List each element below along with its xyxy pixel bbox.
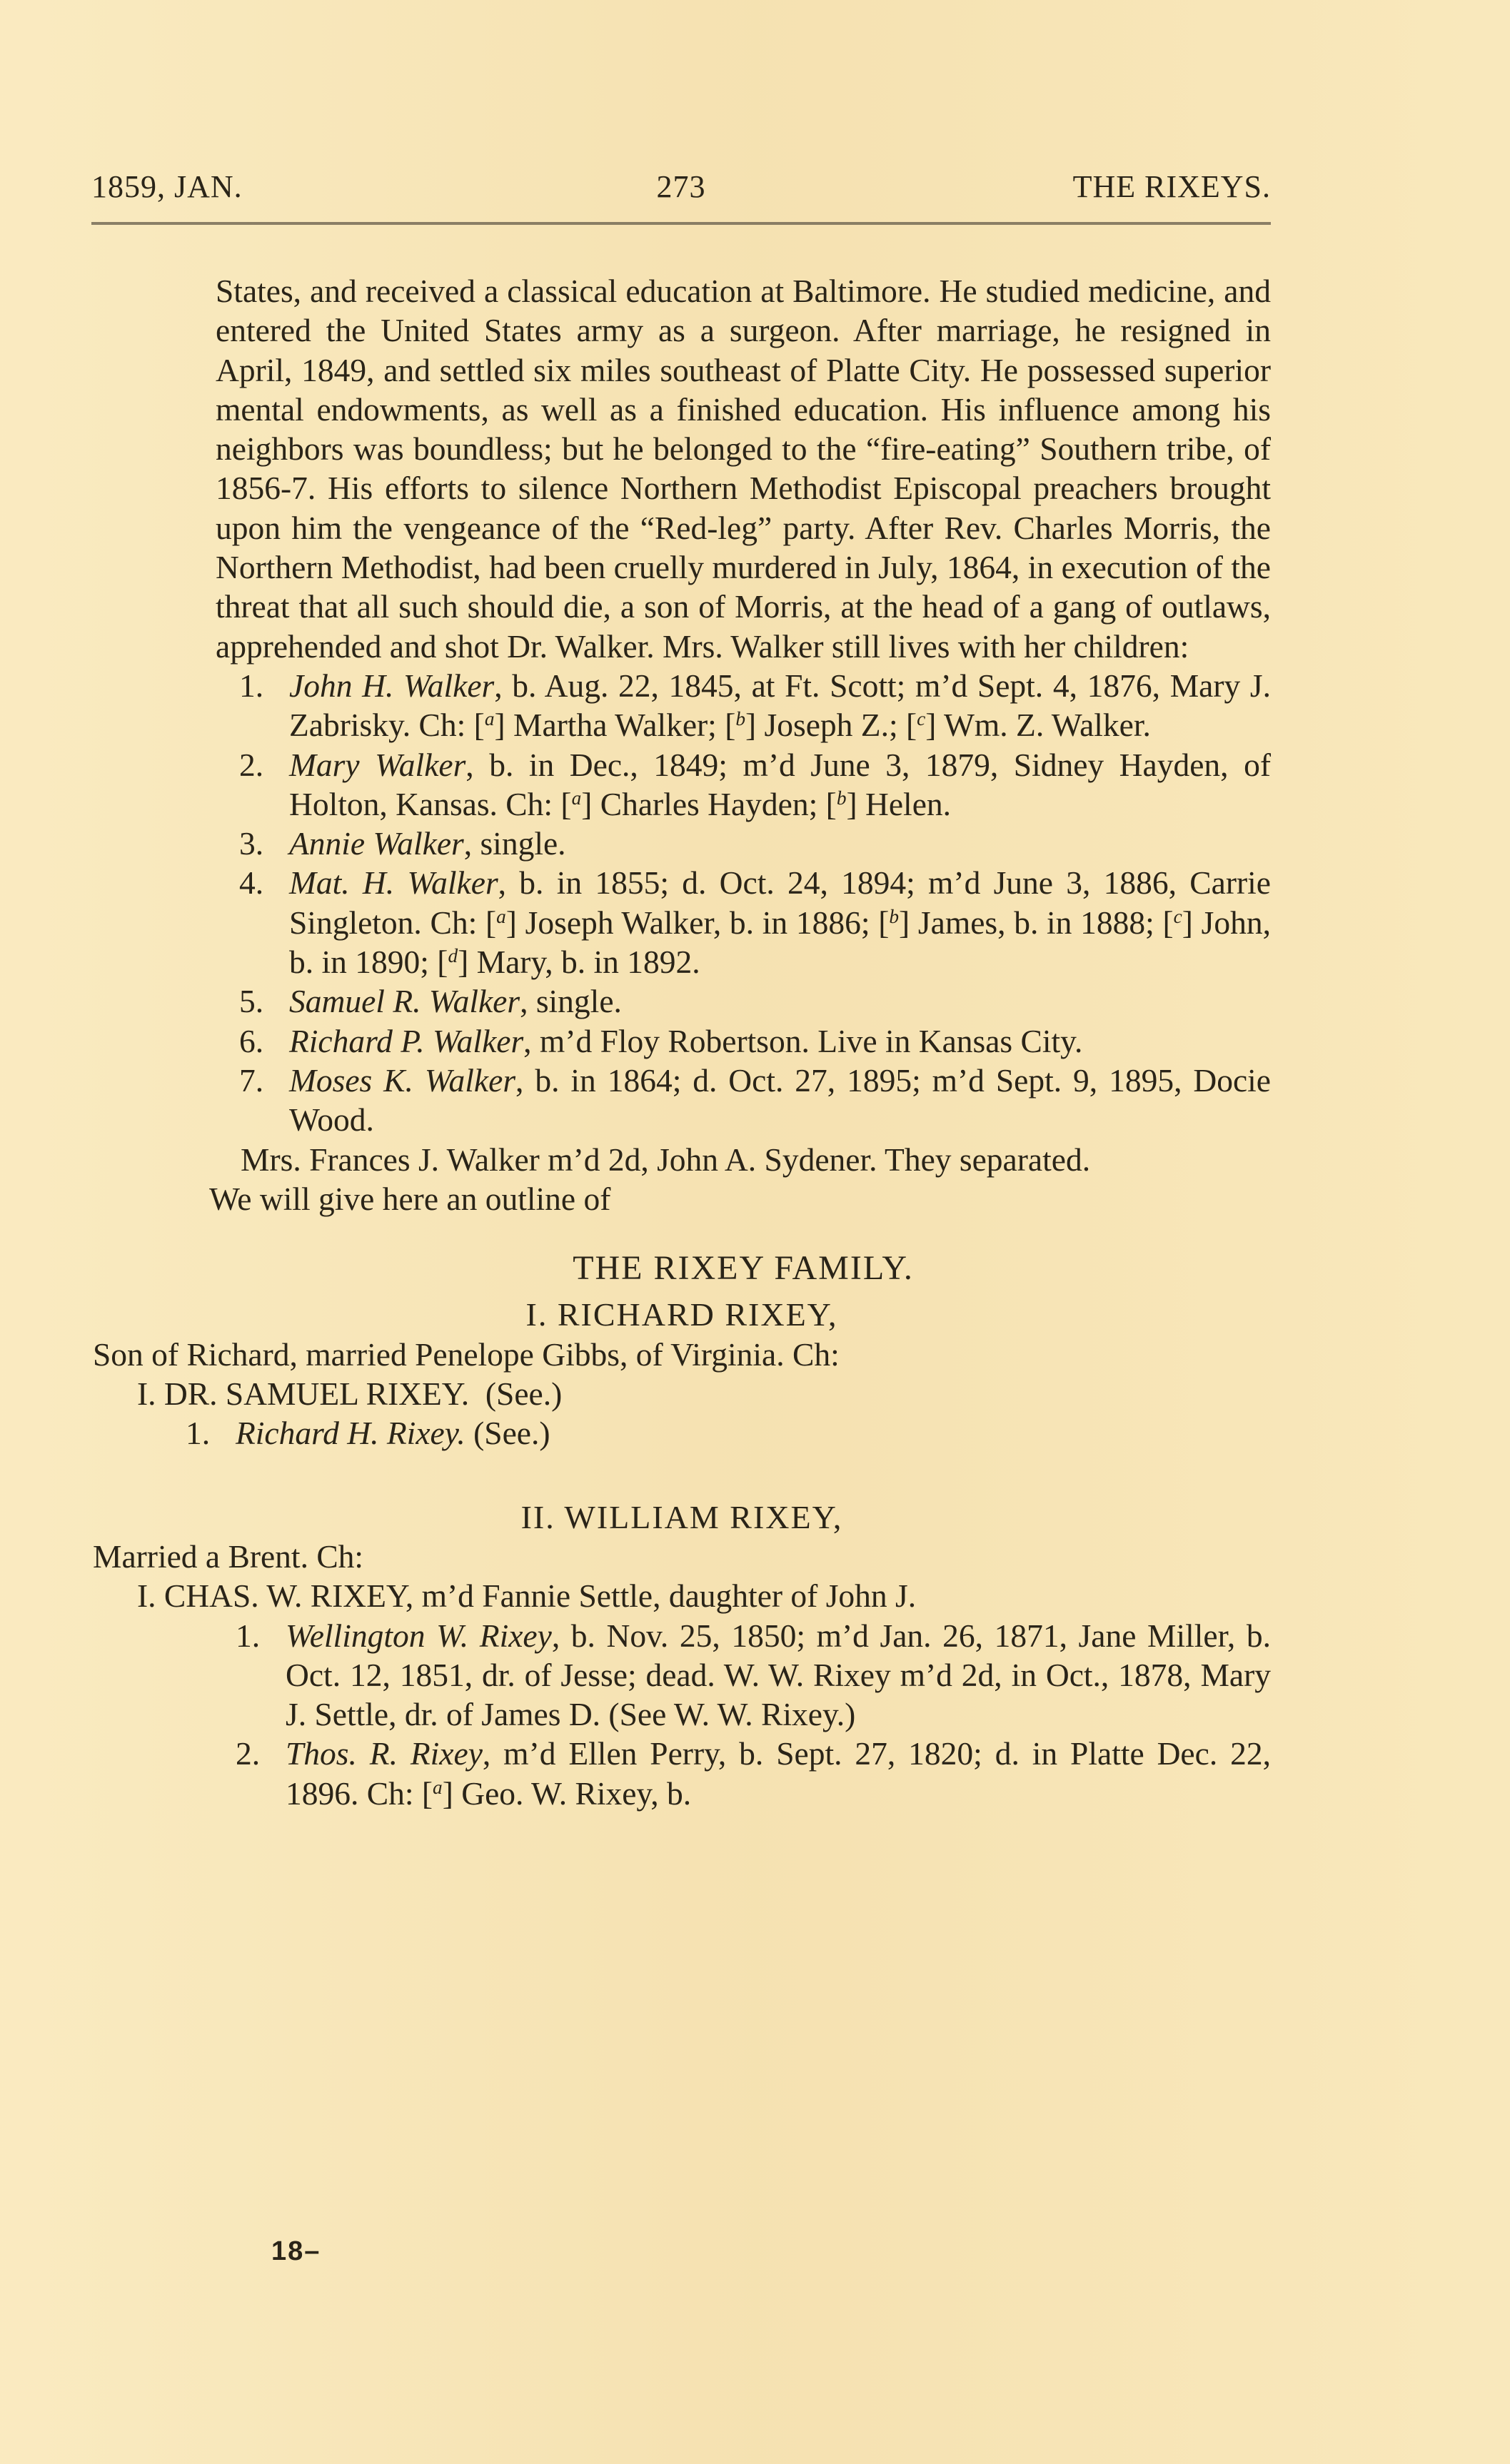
person-name: Richard H. Rixey. <box>236 1415 465 1451</box>
child-marker: c <box>917 708 925 729</box>
list-item: 7.Moses K. Walker, b. in 1864; d. Oct. 2… <box>216 1061 1271 1140</box>
rixey-outline: I. RICHARD RIXEY, Son of Richard, marrie… <box>93 1295 1271 1813</box>
section-intro: Son of Richard, married Penelope Gibbs, … <box>93 1335 1271 1374</box>
list-item: 1.John H. Walker, b. Aug. 22, 1845, at F… <box>216 666 1271 745</box>
item-text: Martha Walker; <box>505 707 725 743</box>
signature-mark: 18– <box>271 2236 321 2267</box>
list-item: 6.Richard P. Walker, m’d Floy Robertson.… <box>216 1021 1271 1061</box>
list-item: 4.Mat. H. Walker, b. in 1855; d. Oct. 24… <box>216 863 1271 981</box>
child-marker: a <box>496 906 506 927</box>
child-marker: a <box>485 708 495 729</box>
person-name: Annie Walker <box>289 825 464 862</box>
item-number: 6. <box>239 1021 289 1061</box>
entry-number: 1. <box>236 1616 286 1655</box>
item-text: Mary, b. in 1892. <box>468 944 700 980</box>
header-title: THE RIXEYS. <box>1073 168 1271 205</box>
running-header: 1859, JAN. 273 THE RIXEYS. <box>91 168 1271 211</box>
section-intro: Married a Brent. Ch: <box>93 1537 1271 1576</box>
section-title: II. WILLIAM RIXEY, <box>93 1498 1271 1537</box>
person-name: Mat. H. Walker <box>289 864 498 901</box>
person-name: Mary Walker <box>289 747 465 783</box>
list-item: 3.Annie Walker, single. <box>216 824 1271 863</box>
person-name: Wellington W. Rixey <box>286 1617 552 1654</box>
child-marker: b <box>735 708 745 729</box>
item-text: Joseph Z.; <box>756 707 906 743</box>
entry-number: 1. <box>186 1413 236 1453</box>
item-number: 5. <box>239 981 289 1021</box>
header-rule <box>91 222 1271 225</box>
item-number: 3. <box>239 824 289 863</box>
item-text: Wm. Z. Walker. <box>936 707 1150 743</box>
child-marker: a <box>433 1777 443 1798</box>
item-number: 2. <box>239 745 289 784</box>
person-name: Richard P. Walker <box>289 1023 523 1059</box>
person-name: Samuel R. Walker <box>289 983 520 1019</box>
item-number: 7. <box>239 1061 289 1100</box>
item-text: , single. <box>520 983 622 1019</box>
section-title: I. RICHARD RIXEY, <box>93 1295 1271 1334</box>
entry-level-2: 1.Richard H. Rixey. (See.) <box>93 1413 1271 1453</box>
person-name: John H. Walker <box>289 667 494 704</box>
list-item: 5.Samuel R. Walker, single. <box>216 981 1271 1021</box>
family-title: THE RIXEY FAMILY. <box>216 1248 1271 1288</box>
person-name: Thos. R. Rixey <box>286 1735 483 1772</box>
see-note: (See.) <box>485 1375 562 1412</box>
entry-after: Geo. W. Rixey, b. <box>453 1775 691 1812</box>
entry-level-1: I. DR. SAMUEL RIXEY. (See.) <box>93 1374 1271 1413</box>
entry-number: 2. <box>236 1734 286 1773</box>
entry-level-2: 1.Wellington W. Rixey, b. Nov. 25, 1850;… <box>93 1616 1271 1735</box>
child-marker: b <box>889 906 899 927</box>
child-marker: b <box>837 787 847 809</box>
item-text: , single. <box>464 825 566 862</box>
person-name: Moses K. Walker <box>289 1062 515 1099</box>
sydener-paragraph: Mrs. Frances J. Walker m’d 2d, John A. S… <box>216 1140 1271 1179</box>
entry-text: I. DR. SAMUEL RIXEY. <box>137 1375 469 1412</box>
intro-paragraph: States, and received a classical educati… <box>216 271 1271 666</box>
list-item: 2.Mary Walker, b. in Dec., 1849; m’d Jun… <box>216 745 1271 824</box>
walker-children-list: 1.John H. Walker, b. Aug. 22, 1845, at F… <box>216 666 1271 1140</box>
entry-level-2: 2.Thos. R. Rixey, m’d Ellen Perry, b. Se… <box>93 1734 1271 1813</box>
entry-rest: (See.) <box>465 1415 550 1451</box>
item-text: James, b. in 1888; <box>910 904 1162 941</box>
book-page: 1859, JAN. 273 THE RIXEYS. States, and r… <box>0 0 1510 2464</box>
child-marker: d <box>448 945 458 966</box>
item-text: , m’d Floy Robertson. Live in Kansas Cit… <box>523 1023 1082 1059</box>
page-body: States, and received a classical educati… <box>216 271 1271 1813</box>
item-text: Helen. <box>857 786 951 822</box>
outline-intro: We will give here an outline of <box>209 1179 1271 1218</box>
item-number: 4. <box>239 863 289 902</box>
item-text: Joseph Walker, b. in 1886; <box>517 904 878 941</box>
item-number: 1. <box>239 666 289 705</box>
entry-level-1: I. CHAS. W. RIXEY, m’d Fannie Settle, da… <box>93 1576 1271 1615</box>
child-marker: c <box>1174 906 1182 927</box>
item-text: Charles Hayden; <box>592 786 825 822</box>
child-marker: a <box>572 787 582 809</box>
